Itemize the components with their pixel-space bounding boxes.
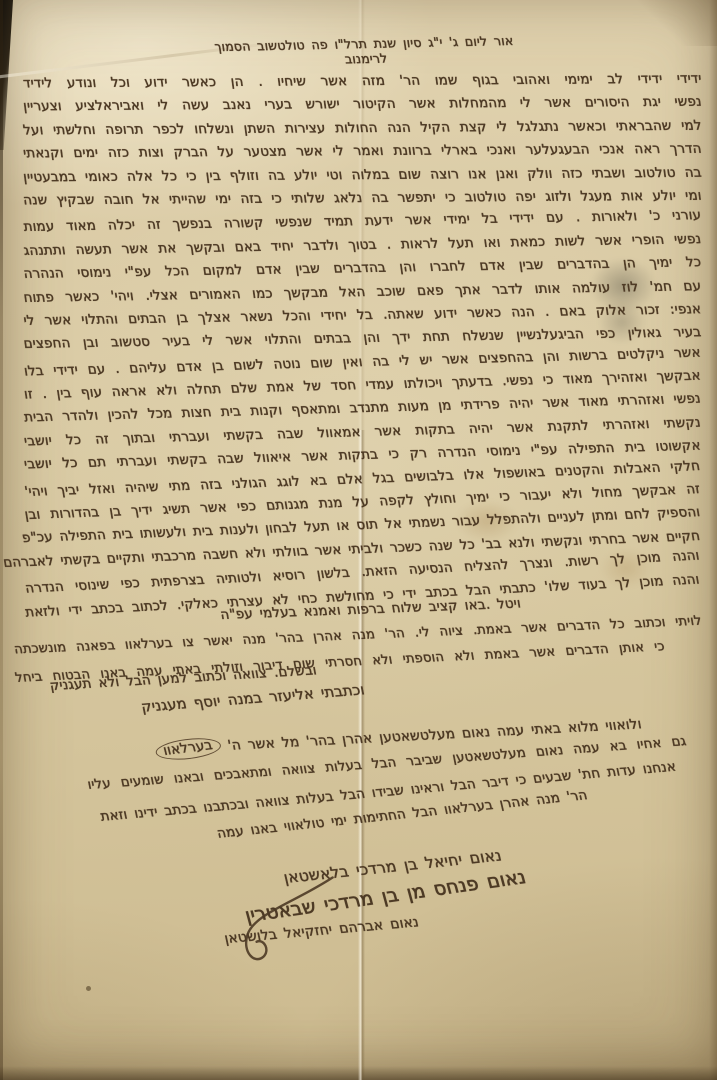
circled-word: בערלאוו (154, 735, 224, 763)
letter-body: ידידי ידידי לב ימימי ואהובי בגוף שמו הר'… (23, 70, 702, 608)
corner-shadow (627, 0, 717, 46)
paper-speck (86, 986, 91, 991)
dateline: אור ליום ג' י"ג סיון שנת תרל"ו פה טולטשו… (207, 33, 523, 69)
signature-flourish-icon (221, 868, 355, 979)
manuscript-page: אור ליום ג' י"ג סיון שנת תרל"ו פה טולטשו… (0, 0, 717, 1080)
paper-right-edge (709, 0, 717, 1080)
paper-left-edge (0, 0, 3, 1080)
